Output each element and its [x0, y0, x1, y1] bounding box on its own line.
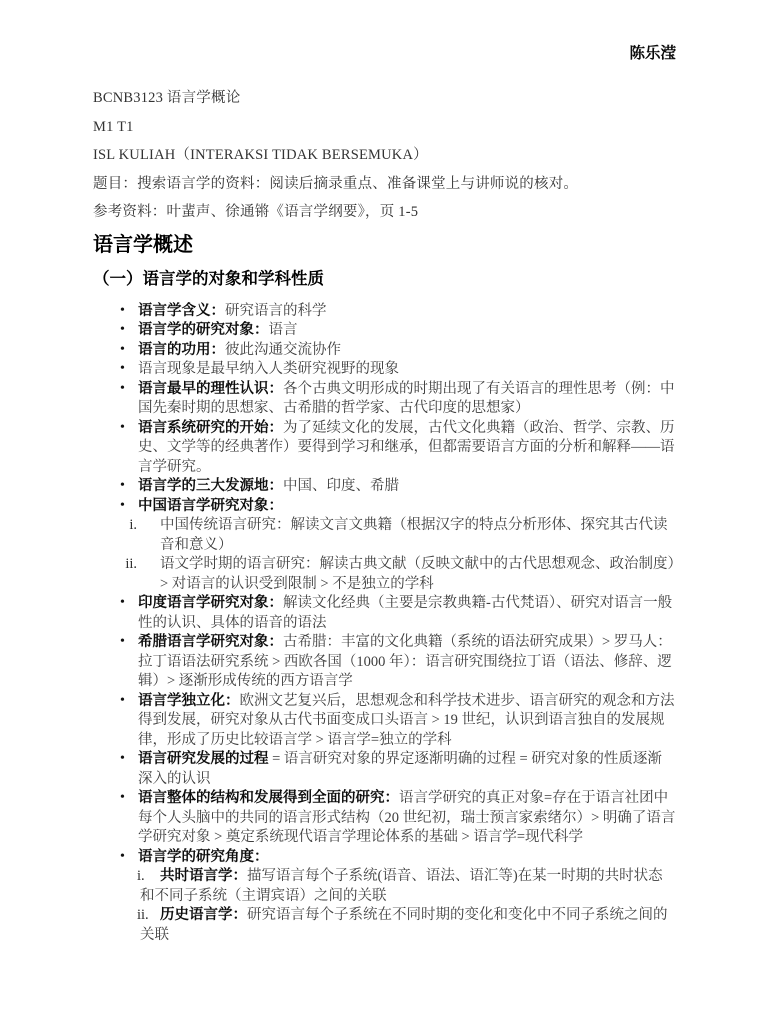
list-item: • 语言学独立化：欧洲文艺复兴后，思想观念和科学技术进步、语言研究的观念和方法得… [93, 692, 676, 751]
list-item: • 语言研究发展的过程 = 语言研究对象的界定逐渐明确的过程 = 研究对象的性质… [93, 750, 676, 789]
bullet-icon: • [120, 476, 125, 496]
bullet-icon: • [120, 691, 125, 711]
sub-list: i. 中国传统语言研究：解读文言文典籍（根据汉字的特点分析形体、探究其古代读音和… [93, 516, 676, 594]
item-lead: 语言最早的理性认识： [138, 381, 283, 397]
item-lead: 语言系统研究的开始： [138, 420, 283, 436]
bullet-icon: • [120, 632, 125, 652]
bullet-icon: • [120, 418, 125, 438]
course-code-line: BCNB3123 语言学概论 [93, 90, 676, 106]
module-line: M1 T1 [93, 119, 676, 135]
sub-list-item: i. 共时语言学：描写语言每个子系统(语音、语法、语汇等)在某一时期的共时状态和… [93, 867, 676, 906]
item-text: 中国、印度、希腊 [283, 478, 399, 494]
list-item: • 语言最早的理性认识：各个古典文明形成的时期出现了有关语言的理性思考（例：中国… [93, 380, 676, 419]
bullet-icon: • [120, 749, 125, 769]
task-line: 题目：搜索语言学的资料：阅读后摘录重点、准备课堂上与讲师说的核对。 [93, 176, 676, 192]
subitem-text: 语文学时期的语言研究：解读古典文献（反映文献中的古代思想观念、政治制度）> 对语… [160, 556, 675, 592]
header-meta: BCNB3123 语言学概论 M1 T1 ISL KULIAH（INTERAKS… [93, 90, 676, 220]
bullet-icon: • [120, 301, 125, 321]
sub-list-item: ii. 历史语言学：研究语言每个子系统在不同时期的变化和变化中不同子系统之间的关… [93, 906, 676, 945]
roman-numeral: ii. [117, 906, 137, 926]
item-lead: 语言学的研究角度： [138, 849, 269, 865]
sub-list-item: ii. 语文学时期的语言研究：解读古典文献（反映文献中的古代思想观念、政治制度）… [93, 555, 676, 594]
item-lead: 语言学含义： [138, 303, 225, 319]
section-heading: （一）语言学的对象和学科性质 [93, 269, 676, 290]
roman-numeral: i. [117, 867, 137, 887]
item-text: 语言现象是最早纳入人类研究视野的现象 [138, 361, 399, 377]
roman-numeral: i. [117, 516, 137, 536]
list-item: • 中国语言学研究对象： i. 中国传统语言研究：解读文言文典籍（根据汉字的特点… [93, 497, 676, 595]
list-item: • 语言现象是最早纳入人类研究视野的现象 [93, 360, 676, 380]
document-page: 陈乐滢 BCNB3123 语言学概论 M1 T1 ISL KULIAH（INTE… [0, 0, 768, 1024]
list-item: • 语言的功用：彼此沟通交流协作 [93, 341, 676, 361]
list-item: • 语言学的研究角度： i. 共时语言学：描写语言每个子系统(语音、语法、语汇等… [93, 848, 676, 946]
item-lead: 语言学独立化： [138, 693, 240, 709]
sub-list: i. 共时语言学：描写语言每个子系统(语音、语法、语汇等)在某一时期的共时状态和… [93, 867, 676, 945]
list-item: • 语言学含义：研究语言的科学 [93, 302, 676, 322]
page-content: 陈乐滢 BCNB3123 语言学概论 M1 T1 ISL KULIAH（INTE… [0, 0, 768, 945]
list-item: • 语言整体的结构和发展得到全面的研究：语言学研究的真正对象=存在于语言社团中每… [93, 789, 676, 848]
bullet-icon: • [120, 788, 125, 808]
list-item: • 语言系统研究的开始：为了延续文化的发展，古代文化典籍（政治、哲学、宗教、历史… [93, 419, 676, 478]
bullet-icon: • [120, 359, 125, 379]
bullet-icon: • [120, 496, 125, 516]
bullet-icon: • [120, 379, 125, 399]
session-line: ISL KULIAH（INTERAKSI TIDAK BERSEMUKA） [93, 147, 676, 163]
item-lead: 希腊语言学研究对象： [138, 634, 283, 650]
roman-numeral: ii. [117, 555, 137, 575]
sub-list-item: i. 中国传统语言研究：解读文言文典籍（根据汉字的特点分析形体、探究其古代读音和… [93, 516, 676, 555]
bullet-icon: • [120, 847, 125, 867]
bullet-list: • 语言学含义：研究语言的科学 • 语言学的研究对象：语言 • 语言的功用：彼此… [93, 302, 676, 946]
item-text: 彼此沟通交流协作 [225, 342, 341, 358]
list-item: • 语言学的研究对象：语言 [93, 321, 676, 341]
author-name: 陈乐滢 [93, 44, 676, 64]
bullet-icon: • [120, 593, 125, 613]
subitem-lead: 共时语言学： [160, 868, 247, 884]
item-lead: 语言学的研究对象： [138, 322, 269, 338]
item-lead: 语言整体的结构和发展得到全面的研究： [138, 790, 399, 806]
item-lead: 中国语言学研究对象： [138, 498, 283, 514]
item-text: 语言 [269, 322, 298, 338]
bullet-icon: • [120, 320, 125, 340]
subitem-text: 中国传统语言研究：解读文言文典籍（根据汉字的特点分析形体、探究其古代读音和意义） [160, 517, 668, 553]
subitem-lead: 历史语言学： [160, 907, 247, 923]
item-lead: 印度语言学研究对象： [138, 595, 283, 611]
page-title: 语言学概述 [93, 233, 676, 257]
item-lead: 语言研究发展的过程 [138, 751, 269, 767]
list-item: • 语言学的三大发源地：中国、印度、希腊 [93, 477, 676, 497]
bullet-icon: • [120, 340, 125, 360]
item-lead: 语言的功用： [138, 342, 225, 358]
item-lead: 语言学的三大发源地： [138, 478, 283, 494]
list-item: • 印度语言学研究对象：解读文化经典（主要是宗教典籍-古代梵语）、研究对语言一般… [93, 594, 676, 633]
reference-line: 参考资料：叶蜚声、徐通锵《语言学纲要》，页 1-5 [93, 204, 676, 220]
item-text: 研究语言的科学 [225, 303, 327, 319]
list-item: • 希腊语言学研究对象：古希腊：丰富的文化典籍（系统的语法研究成果）> 罗马人：… [93, 633, 676, 692]
